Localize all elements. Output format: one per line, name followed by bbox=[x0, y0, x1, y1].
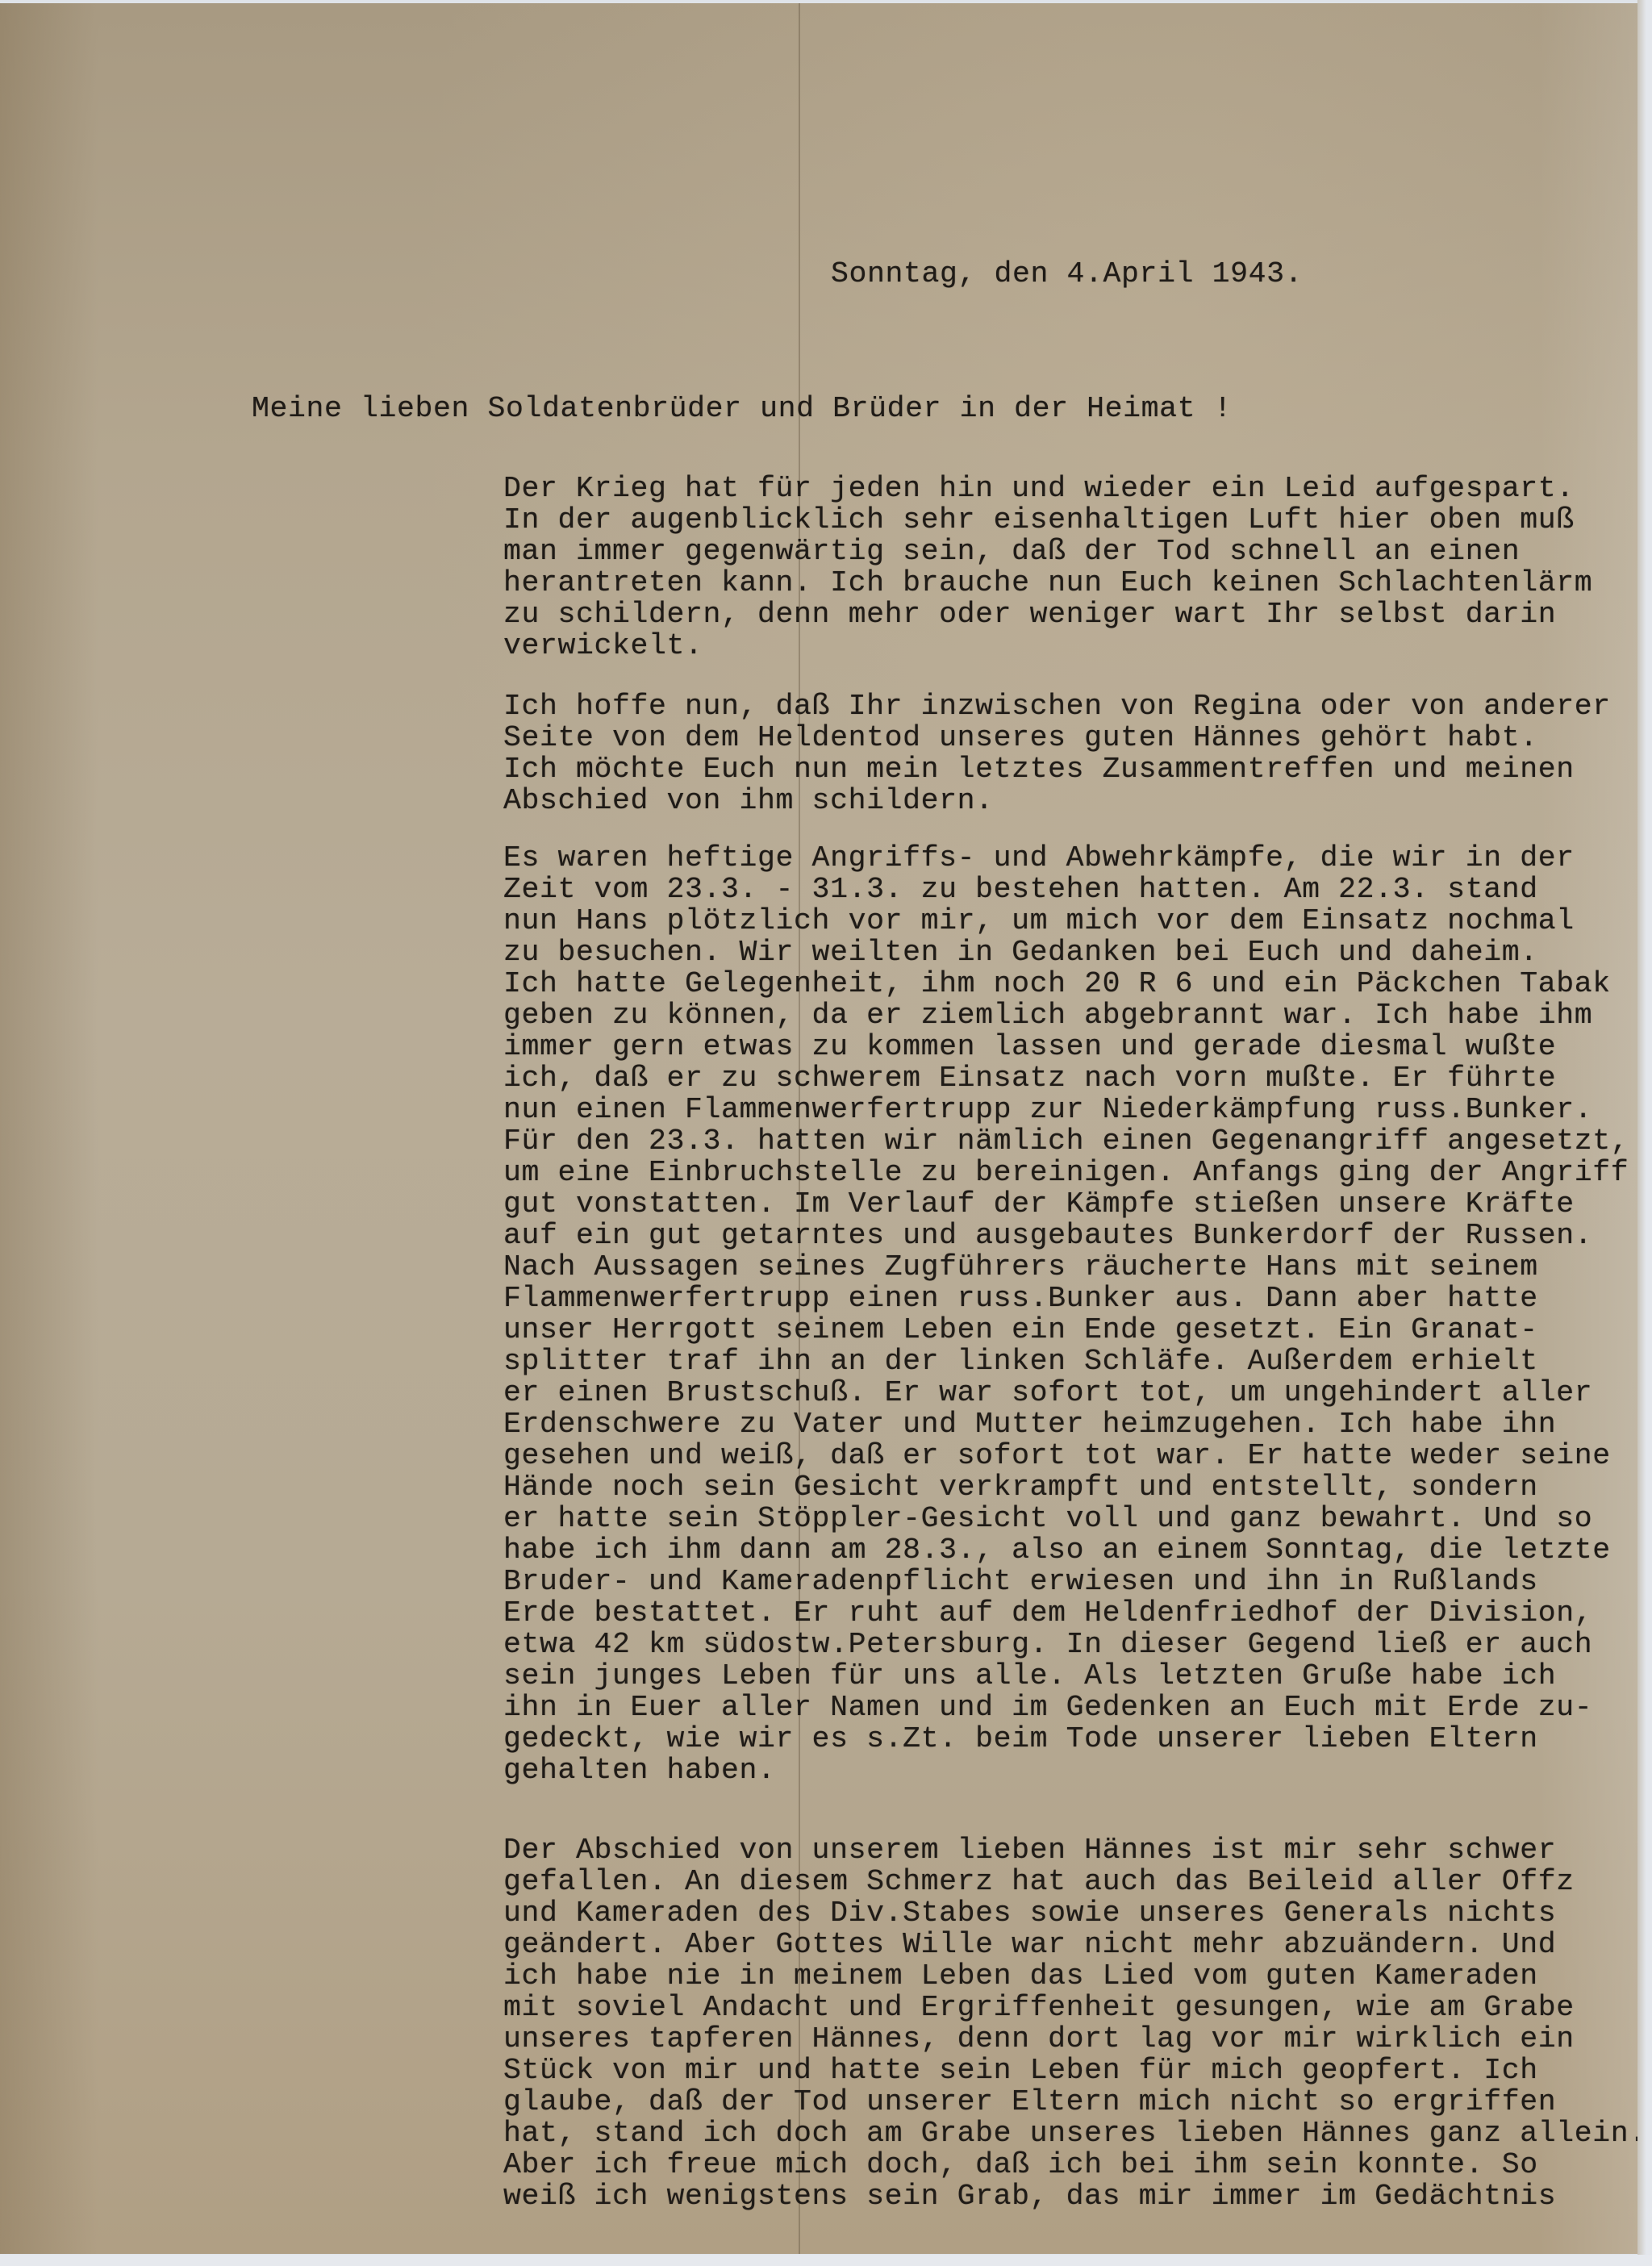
text-line: habe ich ihm dann am 28.3., also an eine… bbox=[503, 1534, 1629, 1566]
text-line: man immer gegenwärtig sein, daß der Tod … bbox=[503, 536, 1592, 567]
text-line: Hände noch sein Gesicht verkrampft und e… bbox=[503, 1471, 1629, 1503]
text-line: hat, stand ich doch am Grabe unseres lie… bbox=[503, 2118, 1647, 2149]
text-line: Erdenschwere zu Vater und Mutter heimzug… bbox=[503, 1408, 1629, 1440]
text-line: ich, daß er zu schwerem Einsatz nach vor… bbox=[503, 1062, 1629, 1094]
paragraph-1: Der Krieg hat für jeden hin und wieder e… bbox=[503, 473, 1592, 661]
text-line: Ich hoffe nun, daß Ihr inzwischen von Re… bbox=[503, 691, 1611, 722]
text-line: geben zu können, da er ziemlich abgebran… bbox=[503, 999, 1629, 1031]
text-line: er hatte sein Stöppler-Gesicht voll und … bbox=[503, 1503, 1629, 1534]
text-line: Nach Aussagen seines Zugführers räuchert… bbox=[503, 1251, 1629, 1283]
text-line: Der Abschied von unserem lieben Hännes i… bbox=[503, 1834, 1647, 1866]
text-line: nun einen Flammenwerfertrupp zur Niederk… bbox=[503, 1094, 1629, 1125]
text-line: immer gern etwas zu kommen lassen und ge… bbox=[503, 1031, 1629, 1062]
text-line: herantreten kann. Ich brauche nun Euch k… bbox=[503, 567, 1592, 599]
text-line: splitter traf ihn an der linken Schläfe.… bbox=[503, 1346, 1629, 1377]
text-line: Ich hatte Gelegenheit, ihm noch 20 R 6 u… bbox=[503, 968, 1629, 999]
salutation: Meine lieben Soldatenbrüder und Brüder i… bbox=[252, 392, 1232, 425]
page-bottom-edge bbox=[0, 2255, 1652, 2266]
text-line: verwickelt. bbox=[503, 630, 1592, 661]
date-line: Sonntag, den 4.April 1943. bbox=[831, 257, 1303, 290]
text-line: Flammenwerfertrupp einen russ.Bunker aus… bbox=[503, 1283, 1629, 1314]
page-right-edge bbox=[1637, 0, 1652, 2266]
text-line: unser Herrgott seinem Leben ein Ende ges… bbox=[503, 1314, 1629, 1346]
text-line: Bruder- und Kameradenpflicht erwiesen un… bbox=[503, 1566, 1629, 1597]
text-line: etwa 42 km südostw.Petersburg. In dieser… bbox=[503, 1629, 1629, 1660]
text-line: auf ein gut getarntes und ausgebautes Bu… bbox=[503, 1220, 1629, 1251]
text-line: weiß ich wenigstens sein Grab, das mir i… bbox=[503, 2180, 1647, 2212]
paragraph-4: Der Abschied von unserem lieben Hännes i… bbox=[503, 1834, 1647, 2212]
text-line: gehalten haben. bbox=[503, 1755, 1629, 1786]
text-line: Für den 23.3. hatten wir nämlich einen G… bbox=[503, 1125, 1629, 1157]
text-line: Zeit vom 23.3. - 31.3. zu bestehen hatte… bbox=[503, 874, 1629, 905]
text-line: zu schildern, denn mehr oder weniger war… bbox=[503, 599, 1592, 630]
text-line: zu besuchen. Wir weilten in Gedanken bei… bbox=[503, 937, 1629, 968]
text-line: geändert. Aber Gottes Wille war nicht me… bbox=[503, 1929, 1647, 1960]
text-line: Ich möchte Euch nun mein letztes Zusamme… bbox=[503, 753, 1611, 785]
text-line: In der augenblicklich sehr eisenhaltigen… bbox=[503, 504, 1592, 536]
text-line: nun Hans plötzlich vor mir, um mich vor … bbox=[503, 905, 1629, 937]
text-line: und Kameraden des Div.Stabes sowie unser… bbox=[503, 1897, 1647, 1929]
text-line: gesehen und weiß, daß er sofort tot war.… bbox=[503, 1440, 1629, 1471]
text-line: mit soviel Andacht und Ergriffenheit ges… bbox=[503, 1992, 1647, 2023]
text-line: sein junges Leben für uns alle. Als letz… bbox=[503, 1660, 1629, 1692]
text-line: ihn in Euer aller Namen und im Gedenken … bbox=[503, 1692, 1629, 1723]
text-line: er einen Brustschuß. Er war sofort tot, … bbox=[503, 1377, 1629, 1408]
text-line: Seite von dem Heldentod unseres guten Hä… bbox=[503, 722, 1611, 753]
paragraph-2: Ich hoffe nun, daß Ihr inzwischen von Re… bbox=[503, 691, 1611, 816]
text-line: glaube, daß der Tod unserer Eltern mich … bbox=[503, 2086, 1647, 2118]
text-line: Der Krieg hat für jeden hin und wieder e… bbox=[503, 473, 1592, 504]
text-line: gefallen. An diesem Schmerz hat auch das… bbox=[503, 1866, 1647, 1897]
text-line: ich habe nie in meinem Leben das Lied vo… bbox=[503, 1960, 1647, 1992]
text-line: Es waren heftige Angriffs- und Abwehrkäm… bbox=[503, 842, 1629, 874]
text-line: um eine Einbruchstelle zu bereinigen. An… bbox=[503, 1157, 1629, 1188]
letter-page: Sonntag, den 4.April 1943. Meine lieben … bbox=[0, 3, 1637, 2254]
text-line: Stück von mir und hatte sein Leben für m… bbox=[503, 2055, 1647, 2086]
text-line: Erde bestattet. Er ruht auf dem Heldenfr… bbox=[503, 1597, 1629, 1629]
text-line: Aber ich freue mich doch, daß ich bei ih… bbox=[503, 2149, 1647, 2180]
text-line: gut vonstatten. Im Verlauf der Kämpfe st… bbox=[503, 1188, 1629, 1220]
text-line: Abschied von ihm schildern. bbox=[503, 785, 1611, 816]
text-line: gedeckt, wie wir es s.Zt. beim Tode unse… bbox=[503, 1723, 1629, 1755]
text-line: unseres tapferen Hännes, denn dort lag v… bbox=[503, 2023, 1647, 2055]
paragraph-3: Es waren heftige Angriffs- und Abwehrkäm… bbox=[503, 842, 1629, 1786]
